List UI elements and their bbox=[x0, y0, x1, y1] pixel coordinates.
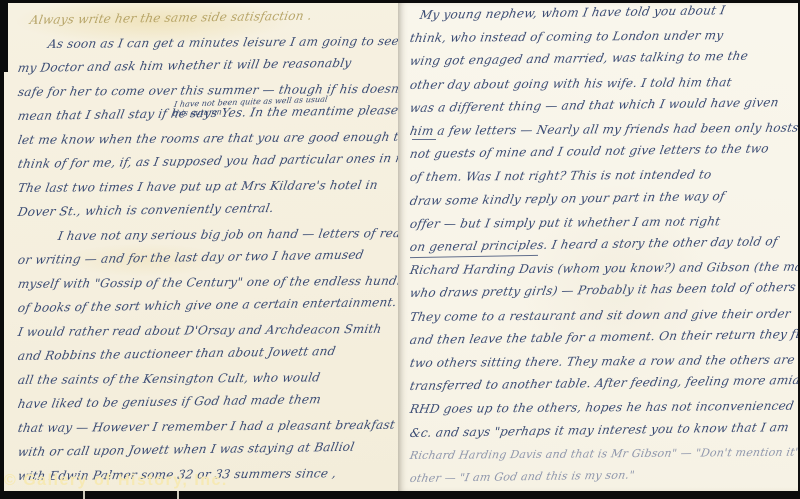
handwriting-line: my Doctor and ask him whether it will be… bbox=[17, 56, 353, 75]
handwriting-line: that way — However I remember I had a pl… bbox=[17, 418, 396, 435]
handwriting-line: RHD goes up to the others, hopes he has … bbox=[409, 399, 798, 417]
handwriting-line: Dover St., which is conveniently central… bbox=[17, 201, 275, 219]
handwriting-line: Richard Harding Davis and that is Mr Gib… bbox=[409, 445, 798, 462]
letter-page-left: Always write her the same side satisfact… bbox=[4, 3, 398, 491]
ink-underline bbox=[412, 139, 436, 140]
handwriting-line: offer — but I simply put it whether I am… bbox=[409, 214, 722, 231]
handwriting-line: Always write her the same side satisfact… bbox=[29, 9, 313, 27]
handwriting-line: was a different thing — and that which I… bbox=[409, 95, 780, 115]
handwriting-line: draw some kindly reply on your part in t… bbox=[409, 189, 726, 208]
watermark: © Gallery of History, Inc. bbox=[4, 472, 228, 490]
handwriting-line: and then leave the table for a moment. O… bbox=[409, 326, 798, 346]
handwriting-line: wing got engaged and married, was talkin… bbox=[409, 49, 750, 68]
handwriting-line: or writing — and for the last day or two… bbox=[17, 248, 365, 267]
handwriting-line: all the saints of the Kensington Cult, w… bbox=[17, 370, 322, 387]
handwriting-line: not guests of mine and I could not give … bbox=[409, 142, 770, 162]
handwriting-line: of them. Was I not right? This is not in… bbox=[409, 168, 713, 185]
letter-scan: Always write her the same side satisfact… bbox=[0, 0, 800, 499]
handwriting-line: My young nephew, whom I have told you ab… bbox=[419, 3, 727, 22]
handwriting-line: on general principles. I heard a story t… bbox=[409, 234, 779, 254]
letter-page-right: My young nephew, whom I have told you ab… bbox=[398, 3, 798, 491]
handwriting-line: They come to a restaurant and sit down a… bbox=[409, 306, 792, 323]
handwriting-line: other day about going with his wife. I t… bbox=[409, 75, 733, 92]
handwriting-line: I have not any serious big job on hand —… bbox=[57, 226, 398, 243]
scan-artifact-gap bbox=[177, 491, 179, 499]
handwriting-line: other — "I am God and this is my son." bbox=[409, 468, 636, 485]
handwriting-line: him a few letters — Nearly all my friend… bbox=[409, 121, 798, 138]
scan-edge-top bbox=[0, 0, 800, 3]
handwriting-line: let me know when the rooms are that you … bbox=[17, 130, 398, 147]
handwriting-line: As soon as I can get a minutes leisure I… bbox=[47, 34, 398, 51]
handwriting-line: Richard Harding Davis (whom you know?) a… bbox=[409, 260, 798, 277]
handwriting-line: I would rather read about D'Orsay and Ar… bbox=[17, 322, 383, 339]
scan-artifact-gap bbox=[83, 491, 85, 499]
handwriting-line: have liked to be geniuses if God had mad… bbox=[17, 392, 322, 411]
handwriting-line: with or call upon Jowett when I was stay… bbox=[17, 440, 356, 459]
handwriting-line: The last two times I have put up at Mrs … bbox=[17, 178, 379, 195]
handwriting-line: myself with "Gossip of the Century" one … bbox=[17, 273, 398, 291]
scan-edge-left bbox=[0, 0, 4, 499]
handwriting-line: two others sitting there. They make a ro… bbox=[409, 353, 796, 370]
handwriting-line: and Robbins the auctioneer than about Jo… bbox=[17, 344, 337, 363]
handwriting-line: think of for me, if, as I supposed you h… bbox=[17, 151, 398, 171]
handwriting-line: transferred to another table. After feed… bbox=[409, 373, 798, 393]
handwriting-line: who draws pretty girls) — Probably it ha… bbox=[409, 280, 798, 300]
handwriting-line: think, who instead of coming to London u… bbox=[409, 28, 725, 45]
scan-edge-left-top bbox=[0, 0, 8, 72]
handwriting-line: of books of the sort which give one a ce… bbox=[17, 295, 398, 315]
ink-underline bbox=[410, 255, 538, 258]
scan-edge-bottom bbox=[0, 491, 800, 499]
handwriting-line: &c. and says "perhaps it may interest yo… bbox=[409, 420, 790, 440]
